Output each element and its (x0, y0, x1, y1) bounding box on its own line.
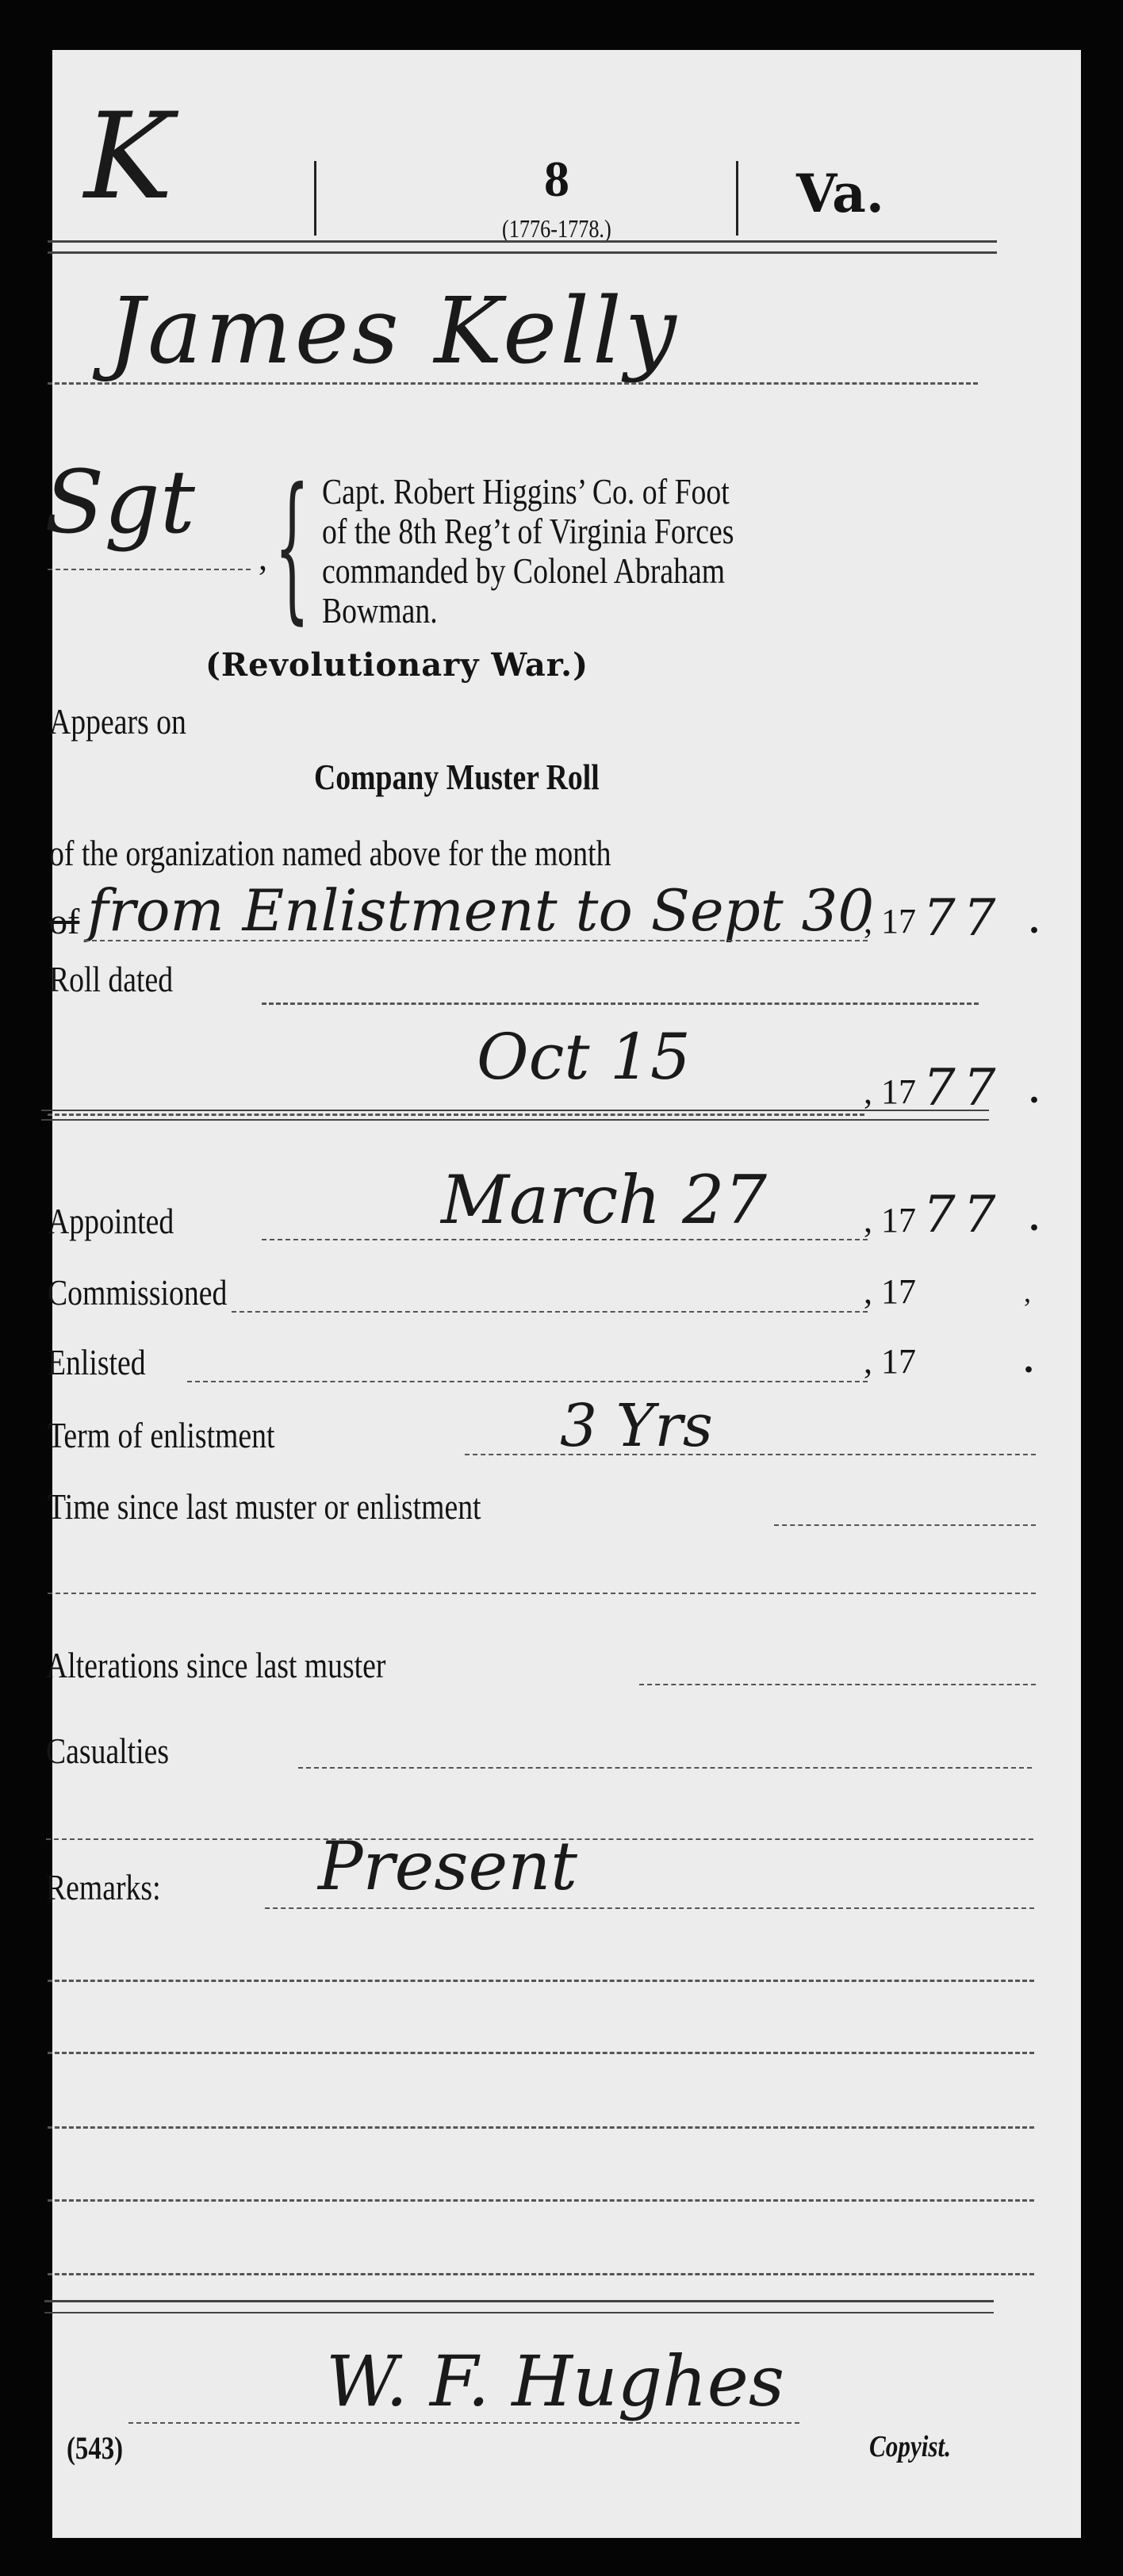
roll-dated-line-2 (48, 1114, 864, 1116)
org-line-3: commanded by Colonel Abraham (322, 551, 725, 591)
casualties-label: Casualties (46, 1730, 196, 1772)
regiment-number: 8 (544, 151, 569, 207)
roll-dated-year-prefix: , 17 (864, 1071, 916, 1112)
time-since-line-1 (774, 1524, 1036, 1526)
footer-rule-1 (44, 2300, 994, 2302)
enlisted-year-prefix: , 17 (864, 1341, 916, 1382)
state-abbr: Va. (796, 165, 884, 222)
roll-type-title: Company Muster Roll (314, 756, 662, 798)
rank-line (48, 569, 251, 570)
commissioned-year-prefix: , 17 (864, 1271, 916, 1312)
commissioned-label: Commissioned (48, 1271, 266, 1313)
term-line (465, 1454, 1036, 1455)
initial-handwritten: K (84, 98, 173, 217)
appointed-handwritten: March 27 (441, 1164, 767, 1236)
roll-dated-handwritten: Oct 15 (477, 1022, 691, 1093)
muster-card: K 8 (1776-1778.) Va. James Kelly Sgt , {… (52, 50, 1081, 2538)
copyist-signature: W. F. Hughes (326, 2342, 784, 2421)
organization-block: Capt. Robert Higgins’ Co. of Foot of the… (322, 472, 825, 631)
form-number: (543) (67, 2429, 136, 2467)
commissioned-line (232, 1311, 868, 1313)
years-range: (1776-1778.) (502, 215, 635, 242)
roll-dated-label: Roll dated (49, 958, 200, 1000)
time-since-line-2 (48, 1593, 1036, 1594)
rank-handwritten: Sgt (44, 454, 195, 550)
roll-dated-year-handwritten: 77 (923, 1059, 1003, 1117)
org-line-2: of the 8th Reg’t of Virginia Forces (322, 512, 734, 551)
name-line (48, 382, 978, 385)
time-since-label: Time since last muster or enlistment (48, 1485, 577, 1528)
remarks-label: Remarks: (46, 1866, 186, 1908)
mid-rule-2 (41, 1119, 989, 1121)
header-divider-right (736, 161, 738, 236)
header-rule-2 (48, 251, 997, 254)
appointed-year-handwritten: 77 (923, 1186, 1003, 1244)
alterations-label: Alterations since last muster (46, 1644, 461, 1686)
soldier-name-handwritten: James Kelly (108, 284, 680, 379)
month-line (84, 940, 868, 941)
appointed-label: Appointed (48, 1200, 201, 1242)
remarks-line-2 (48, 1980, 1034, 1982)
remarks-line-4 (48, 2126, 1034, 2129)
organization-named-label: of the organization named above for the … (49, 832, 734, 874)
commissioned-period: , (1024, 1275, 1031, 1309)
roll-dated-period: . (1029, 1068, 1039, 1112)
mid-rule-1 (41, 1110, 989, 1111)
appointed-line (262, 1239, 868, 1240)
footer-rule-2 (44, 2312, 994, 2313)
month-year-prefix: , 17 (864, 901, 916, 941)
signature-line (128, 2422, 799, 2424)
casualties-line-1 (298, 1767, 1032, 1769)
term-handwritten: 3 Yrs (560, 1394, 713, 1458)
enlisted-line (187, 1381, 868, 1382)
term-label: Term of enlistment (48, 1414, 324, 1456)
appears-on-label: Appears on (49, 700, 217, 742)
remarks-handwritten: Present (318, 1830, 577, 1902)
month-prefix-struck: of (49, 900, 79, 942)
org-line-1: Capt. Robert Higgins’ Co. of Foot (322, 472, 730, 512)
month-handwritten: from Enlistment to Sept 30 (87, 879, 874, 942)
org-line-4: Bowman. (322, 591, 438, 631)
org-brace: { (274, 468, 310, 627)
remarks-line-1 (265, 1907, 1034, 1909)
rank-comma: , (259, 538, 267, 578)
roll-dated-line-1 (262, 1002, 979, 1005)
month-period: . (1029, 899, 1039, 942)
copyist-label: Copyist. (869, 2429, 969, 2464)
war-heading: (Revolutionary War.) (205, 646, 588, 684)
header-divider-left (314, 161, 316, 236)
month-year-handwritten: 77 (923, 889, 1003, 948)
header-rule-1 (48, 240, 997, 243)
remarks-line-3 (48, 2052, 1034, 2054)
enlisted-period: . (1024, 1338, 1033, 1382)
alterations-line (639, 1684, 1036, 1685)
enlisted-label: Enlisted (48, 1341, 167, 1383)
remarks-line-5 (48, 2199, 1034, 2202)
appointed-year-prefix: , 17 (864, 1200, 916, 1240)
appointed-period: . (1029, 1196, 1039, 1240)
remarks-line-6 (48, 2273, 1034, 2275)
